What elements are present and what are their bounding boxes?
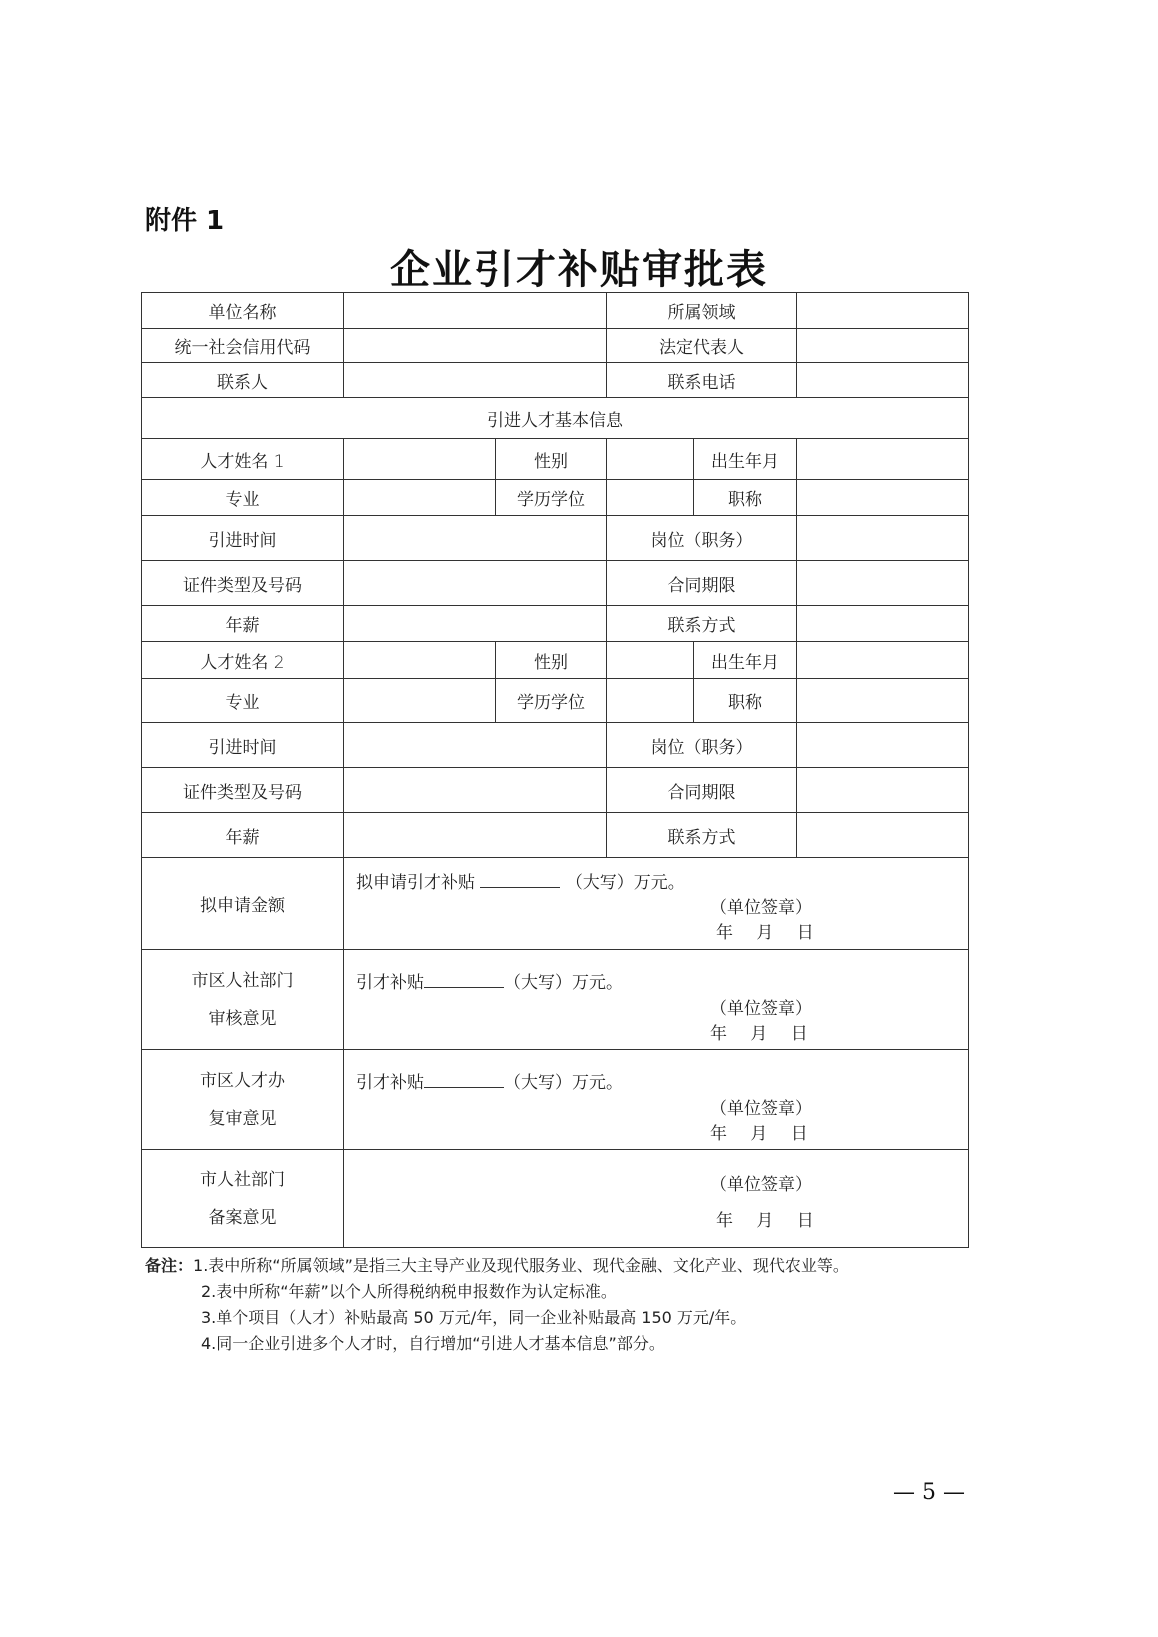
- row-contact: 联系人 联系电话: [142, 363, 969, 398]
- city-hr-seal: （单位签章）: [710, 1170, 812, 1195]
- input-contact-way-1[interactable]: [797, 606, 969, 642]
- input-unit-name[interactable]: [344, 293, 607, 329]
- apply-seal: （单位签章）: [710, 893, 812, 918]
- hr-review-seal: （单位签章）: [710, 994, 812, 1019]
- label-credit-code: 统一社会信用代码: [142, 329, 344, 363]
- row-talent2-salary: 年薪 联系方式: [142, 813, 969, 858]
- input-position-2[interactable]: [797, 723, 969, 768]
- input-gender-1[interactable]: [607, 439, 694, 480]
- talent-office-seal: （单位签章）: [710, 1094, 812, 1119]
- input-birth-1[interactable]: [797, 439, 969, 480]
- note-2: 2.表中所称“年薪”以个人所得税纳税申报数作为认定标准。: [145, 1279, 849, 1305]
- input-title-2[interactable]: [797, 679, 969, 723]
- apply-amount-line: 拟申请引才补贴 （大写）万元。: [356, 868, 685, 893]
- label-degree-1: 学历学位: [496, 480, 607, 516]
- talent-office-text-pre: 引才补贴: [356, 1073, 424, 1093]
- label-contact-way-2: 联系方式: [607, 813, 797, 858]
- label-id-type-2: 证件类型及号码: [142, 768, 344, 813]
- label-birth-1: 出生年月: [694, 439, 797, 480]
- input-intro-time-1[interactable]: [344, 516, 607, 561]
- hr-review-date: 年 月 日: [710, 1019, 808, 1044]
- label-title-2: 职称: [694, 679, 797, 723]
- label-contact: 联系人: [142, 363, 344, 398]
- row-talent-office: 市区人才办 复审意见 引才补贴（大写）万元。 （单位签章） 年 月 日: [142, 1050, 969, 1150]
- label-id-type-1: 证件类型及号码: [142, 561, 344, 606]
- input-id-type-2[interactable]: [344, 768, 607, 813]
- row-talent1-id: 证件类型及号码 合同期限: [142, 561, 969, 606]
- apply-text-post: （大写）万元。: [566, 873, 685, 893]
- input-talent-name-1[interactable]: [344, 439, 496, 480]
- notes-label: 备注：: [145, 1256, 193, 1275]
- row-talent2-id: 证件类型及号码 合同期限: [142, 768, 969, 813]
- hr-review-cell[interactable]: 引才补贴（大写）万元。 （单位签章） 年 月 日: [344, 950, 969, 1050]
- row-credit-code: 统一社会信用代码 法定代表人: [142, 329, 969, 363]
- hr-review-blank[interactable]: [424, 973, 504, 988]
- hr-review-line: 引才补贴（大写）万元。: [356, 968, 623, 993]
- talent-office-cell[interactable]: 引才补贴（大写）万元。 （单位签章） 年 月 日: [344, 1050, 969, 1150]
- label-talent-name-2: 人才姓名 2: [142, 642, 344, 679]
- talent-office-label-2: 复审意见: [142, 1100, 343, 1138]
- input-intro-time-2[interactable]: [344, 723, 607, 768]
- page-title: 企业引才补贴审批表: [0, 238, 1158, 295]
- talent-office-line: 引才补贴（大写）万元。: [356, 1068, 623, 1093]
- input-degree-1[interactable]: [607, 480, 694, 516]
- label-salary-2: 年薪: [142, 813, 344, 858]
- notes: 备注：1.表中所称“所属领域”是指三大主导产业及现代服务业、现代金融、文化产业、…: [145, 1253, 849, 1357]
- label-title-1: 职称: [694, 480, 797, 516]
- input-major-1[interactable]: [344, 480, 496, 516]
- label-talent-office: 市区人才办 复审意见: [142, 1050, 344, 1150]
- row-talent1-major: 专业 学历学位 职称: [142, 480, 969, 516]
- row-city-hr: 市人社部门 备案意见 （单位签章） 年 月 日: [142, 1150, 969, 1248]
- input-id-type-1[interactable]: [344, 561, 607, 606]
- input-gender-2[interactable]: [607, 642, 694, 679]
- hr-review-label-2: 审核意见: [142, 1000, 343, 1038]
- talent-office-text-post: （大写）万元。: [504, 1073, 623, 1093]
- label-gender-1: 性别: [496, 439, 607, 480]
- label-phone: 联系电话: [607, 363, 797, 398]
- input-contact[interactable]: [344, 363, 607, 398]
- input-salary-2[interactable]: [344, 813, 607, 858]
- input-field[interactable]: [797, 293, 969, 329]
- section-title: 引进人才基本信息: [142, 398, 969, 439]
- input-contract-1[interactable]: [797, 561, 969, 606]
- input-credit-code[interactable]: [344, 329, 607, 363]
- row-apply-amount: 拟申请金额 拟申请引才补贴 （大写）万元。 （单位签章） 年 月 日: [142, 858, 969, 950]
- input-degree-2[interactable]: [607, 679, 694, 723]
- label-legal-rep: 法定代表人: [607, 329, 797, 363]
- label-salary-1: 年薪: [142, 606, 344, 642]
- row-section-title: 引进人才基本信息: [142, 398, 969, 439]
- hr-review-text-pre: 引才补贴: [356, 973, 424, 993]
- label-position-1: 岗位（职务）: [607, 516, 797, 561]
- input-salary-1[interactable]: [344, 606, 607, 642]
- row-unit-name: 单位名称 所属领域: [142, 293, 969, 329]
- apply-amount-blank[interactable]: [480, 873, 560, 888]
- label-intro-time-1: 引进时间: [142, 516, 344, 561]
- apply-amount-cell[interactable]: 拟申请引才补贴 （大写）万元。 （单位签章） 年 月 日: [344, 858, 969, 950]
- label-field: 所属领域: [607, 293, 797, 329]
- label-unit-name: 单位名称: [142, 293, 344, 329]
- label-major-1: 专业: [142, 480, 344, 516]
- label-hr-review: 市区人社部门 审核意见: [142, 950, 344, 1050]
- input-major-2[interactable]: [344, 679, 496, 723]
- input-position-1[interactable]: [797, 516, 969, 561]
- row-talent1-salary: 年薪 联系方式: [142, 606, 969, 642]
- page-number: — 5 —: [893, 1480, 965, 1505]
- city-hr-label-1: 市人社部门: [142, 1161, 343, 1199]
- label-intro-time-2: 引进时间: [142, 723, 344, 768]
- note-3: 3.单个项目（人才）补贴最高 50 万元/年，同一企业补贴最高 150 万元/年…: [145, 1305, 849, 1331]
- talent-office-blank[interactable]: [424, 1073, 504, 1088]
- row-talent2-name: 人才姓名 2 性别 出生年月: [142, 642, 969, 679]
- note-1: 备注：1.表中所称“所属领域”是指三大主导产业及现代服务业、现代金融、文化产业、…: [145, 1253, 849, 1279]
- attachment-label: 附件 1: [145, 200, 224, 237]
- talent-office-date: 年 月 日: [710, 1119, 808, 1144]
- apply-text-pre: 拟申请引才补贴: [356, 873, 475, 893]
- row-talent2-time: 引进时间 岗位（职务）: [142, 723, 969, 768]
- label-major-2: 专业: [142, 679, 344, 723]
- input-contact-way-2[interactable]: [797, 813, 969, 858]
- label-position-2: 岗位（职务）: [607, 723, 797, 768]
- label-birth-2: 出生年月: [694, 642, 797, 679]
- note-1-text: 1.表中所称“所属领域”是指三大主导产业及现代服务业、现代金融、文化产业、现代农…: [193, 1256, 849, 1275]
- talent-office-label-1: 市区人才办: [142, 1062, 343, 1100]
- label-contact-way-1: 联系方式: [607, 606, 797, 642]
- label-apply-amount: 拟申请金额: [142, 858, 344, 950]
- input-talent-name-2[interactable]: [344, 642, 496, 679]
- apply-date: 年 月 日: [716, 918, 814, 943]
- city-hr-cell[interactable]: （单位签章） 年 月 日: [344, 1150, 969, 1248]
- city-hr-label-2: 备案意见: [142, 1199, 343, 1237]
- input-contract-2[interactable]: [797, 768, 969, 813]
- input-phone[interactable]: [797, 363, 969, 398]
- label-talent-name-1: 人才姓名 1: [142, 439, 344, 480]
- label-contract-2: 合同期限: [607, 768, 797, 813]
- input-title-1[interactable]: [797, 480, 969, 516]
- hr-review-label-1: 市区人社部门: [142, 962, 343, 1000]
- row-talent1-name: 人才姓名 1 性别 出生年月: [142, 439, 969, 480]
- input-legal-rep[interactable]: [797, 329, 969, 363]
- input-birth-2[interactable]: [797, 642, 969, 679]
- row-talent2-major: 专业 学历学位 职称: [142, 679, 969, 723]
- row-talent1-time: 引进时间 岗位（职务）: [142, 516, 969, 561]
- label-city-hr: 市人社部门 备案意见: [142, 1150, 344, 1248]
- city-hr-date: 年 月 日: [716, 1206, 814, 1231]
- label-contract-1: 合同期限: [607, 561, 797, 606]
- approval-form-table: 单位名称 所属领域 统一社会信用代码 法定代表人 联系人 联系电话 引进人才基本…: [141, 292, 969, 1248]
- label-gender-2: 性别: [496, 642, 607, 679]
- label-degree-2: 学历学位: [496, 679, 607, 723]
- hr-review-text-post: （大写）万元。: [504, 973, 623, 993]
- note-4: 4.同一企业引进多个人才时，自行增加“引进人才基本信息”部分。: [145, 1331, 849, 1357]
- row-hr-review: 市区人社部门 审核意见 引才补贴（大写）万元。 （单位签章） 年 月 日: [142, 950, 969, 1050]
